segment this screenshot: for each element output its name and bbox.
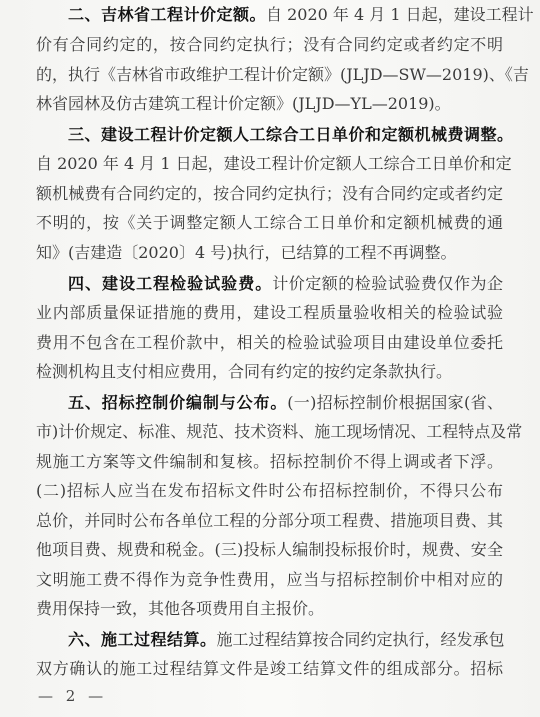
section-6-heading: 六、施工过程结算。 (68, 630, 217, 649)
section-5-text: (一)招标控制价根据国家(省、 (287, 393, 503, 412)
paragraph-line: 他项目费、规费和税金。(三)投标人编制投标报价时，规费、安全 (36, 539, 503, 561)
section-4-heading: 四、建设工程检验试验费。 (68, 274, 272, 293)
section-2-text: 自 2020 年 4 月 1 日起，建设工程计 (266, 5, 534, 24)
section-3-heading: 三、建设工程计价定额人工综合工日单价和定额机械费调整。 (68, 124, 503, 146)
paragraph-line: 市)计价规定、标准、规范、技术资料、施工现场情况、工程特点及常 (36, 421, 503, 443)
section-5-heading: 五、招标控制价编制与公布。 (68, 393, 287, 412)
paragraph-line: 的，执行《吉林省市政维护工程计价定额》(JLJD—SW—2019)、《吉 (36, 64, 503, 86)
paragraph-line: 费用不包含在工程价款中，相关的检验试验项目由建设单位委托 (36, 332, 503, 354)
section-4-text: 计价定额的检验试验费仅作为企 (272, 274, 503, 293)
paragraph-line: (二)招标人应当在发布招标文件时公布招标控制价，不得只公布 (36, 480, 503, 502)
section-2-heading: 二、吉林省工程计价定额。 (68, 5, 266, 24)
paragraph-line: 林省园林及仿古建筑工程计价定额》(JLJD—YL—2019)。 (36, 93, 503, 115)
paragraph-line: 价有合同约定的，按合同约定执行；没有合同约定或者约定不明 (36, 34, 503, 56)
paragraph-line: 自 2020 年 4 月 1 日起，建设工程计价定额人工综合工日单价和定 (36, 153, 503, 175)
paragraph-line: 规施工方案等文件编制和复核。招标控制价不得上调或者下浮。 (36, 451, 503, 473)
page-number: — 2 — (38, 687, 107, 705)
paragraph-line: 检测机构且支付相应费用，合同有约定的按约定条款执行。 (36, 361, 503, 383)
document-page: 二、吉林省工程计价定额。自 2020 年 4 月 1 日起，建设工程计 价有合同… (0, 0, 540, 717)
paragraph-line: 文明施工费不得作为竞争性费用，应当与招标控制价中相对应的 (36, 569, 503, 591)
paragraph-line: 知》(吉建造〔2020〕4 号)执行，已结算的工程不再调整。 (36, 242, 503, 264)
paragraph-line: 费用保持一致，其他各项费用自主报价。 (36, 598, 503, 620)
paragraph-line: 不明的，按《关于调整定额人工综合工日单价和定额机械费的通 (36, 212, 503, 234)
paragraph-line: 额机械费有合同约定的，按合同约定执行；没有合同约定或者约定 (36, 183, 503, 205)
paragraph-line: 业内部质量保证措施的费用，建设工程质量验收相关的检验试验 (36, 302, 503, 324)
paragraph-line: 总价，并同时公布各单位工程的分部分项工程费、措施项目费、其 (36, 510, 503, 532)
section-2-line-1: 二、吉林省工程计价定额。自 2020 年 4 月 1 日起，建设工程计 (68, 4, 503, 26)
section-5-line-1: 五、招标控制价编制与公布。(一)招标控制价根据国家(省、 (68, 392, 503, 414)
paragraph-line: 双方确认的施工过程结算文件是竣工结算文件的组成部分。招标 (36, 658, 503, 680)
section-6-text: 施工过程结算按合同约定执行，经发承包 (217, 630, 505, 649)
section-4-line-1: 四、建设工程检验试验费。计价定额的检验试验费仅作为企 (68, 273, 503, 295)
section-6-line-1: 六、施工过程结算。施工过程结算按合同约定执行，经发承包 (68, 629, 503, 651)
